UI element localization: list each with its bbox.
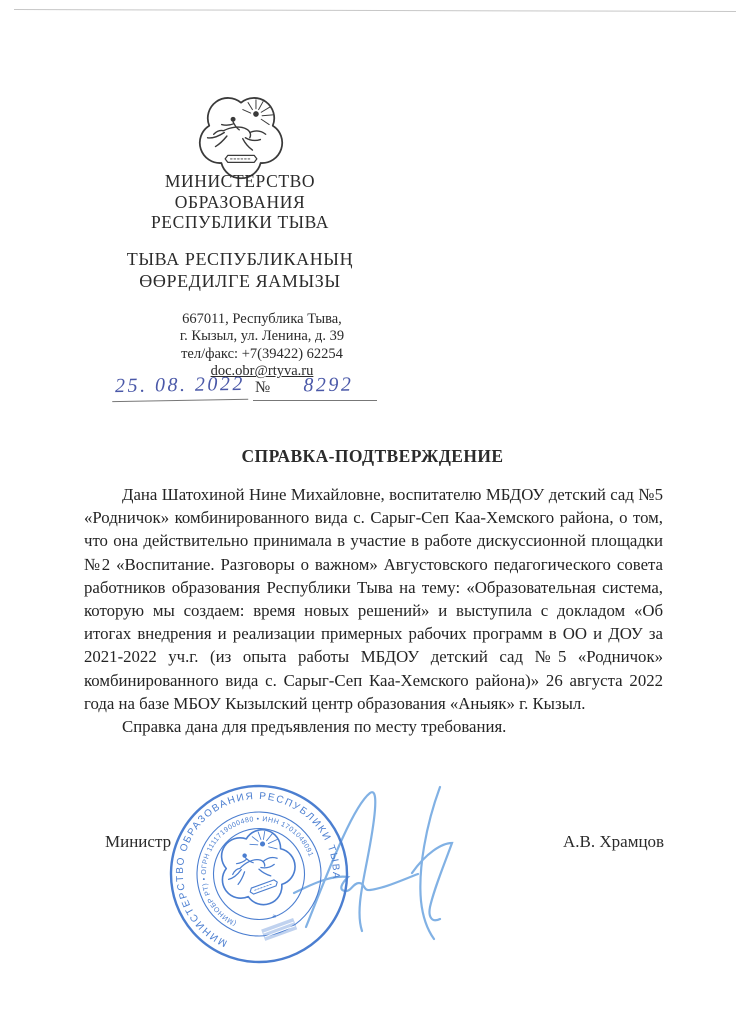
ministry-ru-line: ОБРАЗОВАНИЯ xyxy=(85,192,395,213)
ministry-name-tyvan: ТЫВА РЕСПУБЛИКАНЫҢ ӨӨРЕДИЛГЕ ЯАМЫЗЫ xyxy=(85,249,395,292)
reference-line: 25. 08. 2022 № 8292 xyxy=(112,374,377,401)
handwritten-number: 8292 xyxy=(280,373,377,398)
document-body: Дана Шатохиной Нине Михайловне, воспитат… xyxy=(84,483,663,738)
document-page: МИНИСТЕРСТВО ОБРАЗОВАНИЯ РЕСПУБЛИКИ ТЫВА… xyxy=(0,0,745,1024)
stamp-star-separator: * xyxy=(272,913,280,925)
signer-name: А.В. Храмцов xyxy=(563,832,664,852)
address-line: тел/факс: +7(39422) 62254 xyxy=(112,346,412,363)
body-paragraph: Дана Шатохиной Нине Михайловне, воспитат… xyxy=(84,483,663,715)
official-round-stamp: МИНИСТЕРСТВО ОБРАЗОВАНИЯ РЕСПУБЛИКИ ТЫВА… xyxy=(163,778,355,970)
closing-paragraph: Справка дана для предъявления по месту т… xyxy=(84,715,663,738)
ministry-name-russian: МИНИСТЕРСТВО ОБРАЗОВАНИЯ РЕСПУБЛИКИ ТЫВА xyxy=(85,171,395,233)
handwritten-date: 25. 08. 2022 xyxy=(112,373,248,402)
ministry-ru-line: МИНИСТЕРСТВО xyxy=(85,171,395,192)
address-line: г. Кызыл, ул. Ленина, д. 39 xyxy=(112,328,412,345)
signer-position-label: Министр xyxy=(105,832,171,852)
reference-number-group: № 8292 xyxy=(253,374,377,401)
number-sign: № xyxy=(255,379,270,397)
letterhead-address: 667011, Республика Тыва, г. Кызыл, ул. Л… xyxy=(112,311,412,381)
ministry-tyvan-line: ТЫВА РЕСПУБЛИКАНЫҢ xyxy=(85,249,395,271)
address-line: 667011, Республика Тыва, xyxy=(112,311,412,328)
ministry-ru-line: РЕСПУБЛИКИ ТЫВА xyxy=(85,212,395,233)
ministry-tyvan-line: ӨӨРЕДИЛГЕ ЯАМЫЗЫ xyxy=(85,271,395,293)
scan-artifact-line xyxy=(14,9,736,12)
document-title: СПРАВКА-ПОДТВЕРЖДЕНИЕ xyxy=(0,446,745,467)
stamp-microtext-block xyxy=(261,918,297,941)
